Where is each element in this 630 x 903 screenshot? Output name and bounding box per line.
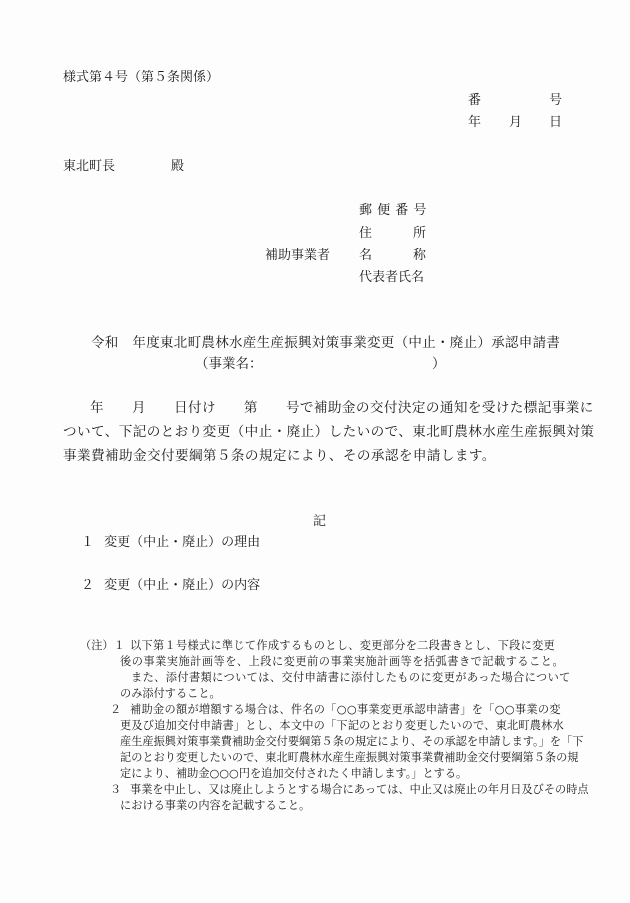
body-paragraph: 年 月 日付け 第 号で補助金の交付決定の通知を受けた標記事業に ついて、下記の… <box>63 396 594 468</box>
applicant-label: 補助事業者 <box>265 244 330 263</box>
note-2-line-5: 定により、補助金○○○円を追加交付されたく申請します。」とする。 <box>80 766 600 782</box>
note-2-line-1: 補助金の額が増額する場合は、件名の「○○事業変更承認申請書」を「○○事業の変 <box>130 702 561 718</box>
project-name-close: ） <box>432 352 446 372</box>
note-1-line-1: 以下第１号様式に準じて作成するものとし、変更部分を二段書きとし、下段に変更 <box>130 638 555 654</box>
ki-heading: 記 <box>313 510 326 529</box>
note-1-line-4: のみ添付すること。 <box>80 686 600 702</box>
body-line-2: ついて、下記のとおり変更（中止・廃止）したいので、東北町農林水産生産振興対策 <box>63 420 594 444</box>
date-month: 月 <box>509 111 522 130</box>
item-2-label: 変更（中止・廃止）の内容 <box>104 578 260 593</box>
note-2-line-3: 産生産振興対策事業費補助金交付要綱第５条の規定により、その承認を申請します。」を… <box>80 734 600 750</box>
addressee-honorific: 殿 <box>171 155 184 174</box>
applicant-field-postal: 郵 便 番 号 <box>359 199 427 218</box>
applicant-field-address: 住 所 <box>359 222 427 241</box>
addressee-name: 東北町長 <box>63 155 115 174</box>
note-2-number: ２ <box>110 702 130 718</box>
notes-head: （注）１ <box>80 638 130 654</box>
number-go: 号 <box>549 89 562 108</box>
applicant-field-name: 名 称 <box>359 244 427 263</box>
date-day: 日 <box>549 111 562 130</box>
applicant-field-representative: 代表者氏名 <box>359 266 424 285</box>
note-1-line-3: また、添付書類については、交付申請書に添付したものに変更があった場合について <box>80 670 600 686</box>
body-line-3: 事業費補助金交付要綱第５条の規定により、その承認を申請します。 <box>63 444 594 468</box>
project-name-open: （事業名： <box>195 352 263 372</box>
item-1-label: 変更（中止・廃止）の理由 <box>104 535 260 550</box>
item-2-number: ２ <box>81 578 94 593</box>
note-3-line-2: における事業の内容を記載すること。 <box>80 798 600 814</box>
project-name-field[interactable] <box>270 350 425 368</box>
item-1-number: １ <box>81 535 94 550</box>
date-year: 年 <box>468 111 481 130</box>
form-label: 様式第４号（第５条関係） <box>63 66 219 85</box>
note-3-line-1: 事業を中止し、又は廃止しようとする場合にあっては、中止又は廃止の年月日及びその時… <box>130 782 589 798</box>
body-line-1: 年 月 日付け 第 号で補助金の交付決定の通知を受けた標記事業に <box>63 396 594 420</box>
note-1-line-2: 後の事業実施計画等を、上段に変更前の事業実施計画等を括弧書きで記載すること。 <box>80 654 600 670</box>
notes-section: （注）１ 以下第１号様式に準じて作成するものとし、変更部分を二段書きとし、下段に… <box>80 638 600 814</box>
note-2-line-2: 更及び追加交付申請書」とし、本文中の「下記のとおり変更したいので、東北町農林水 <box>80 718 600 734</box>
number-ban: 番 <box>468 89 481 108</box>
note-3-number: ３ <box>110 782 130 798</box>
note-2-line-4: 記のとおり変更したいので、東北町農林水産生産振興対策事業費補助金交付要綱第５条の… <box>80 750 600 766</box>
item-1: １ 変更（中止・廃止）の理由 <box>81 531 260 550</box>
document-title: 令和 年度東北町農林水産生産振興対策事業変更（中止・廃止）承認申請書 <box>91 331 560 351</box>
item-2: ２ 変更（中止・廃止）の内容 <box>81 574 260 593</box>
